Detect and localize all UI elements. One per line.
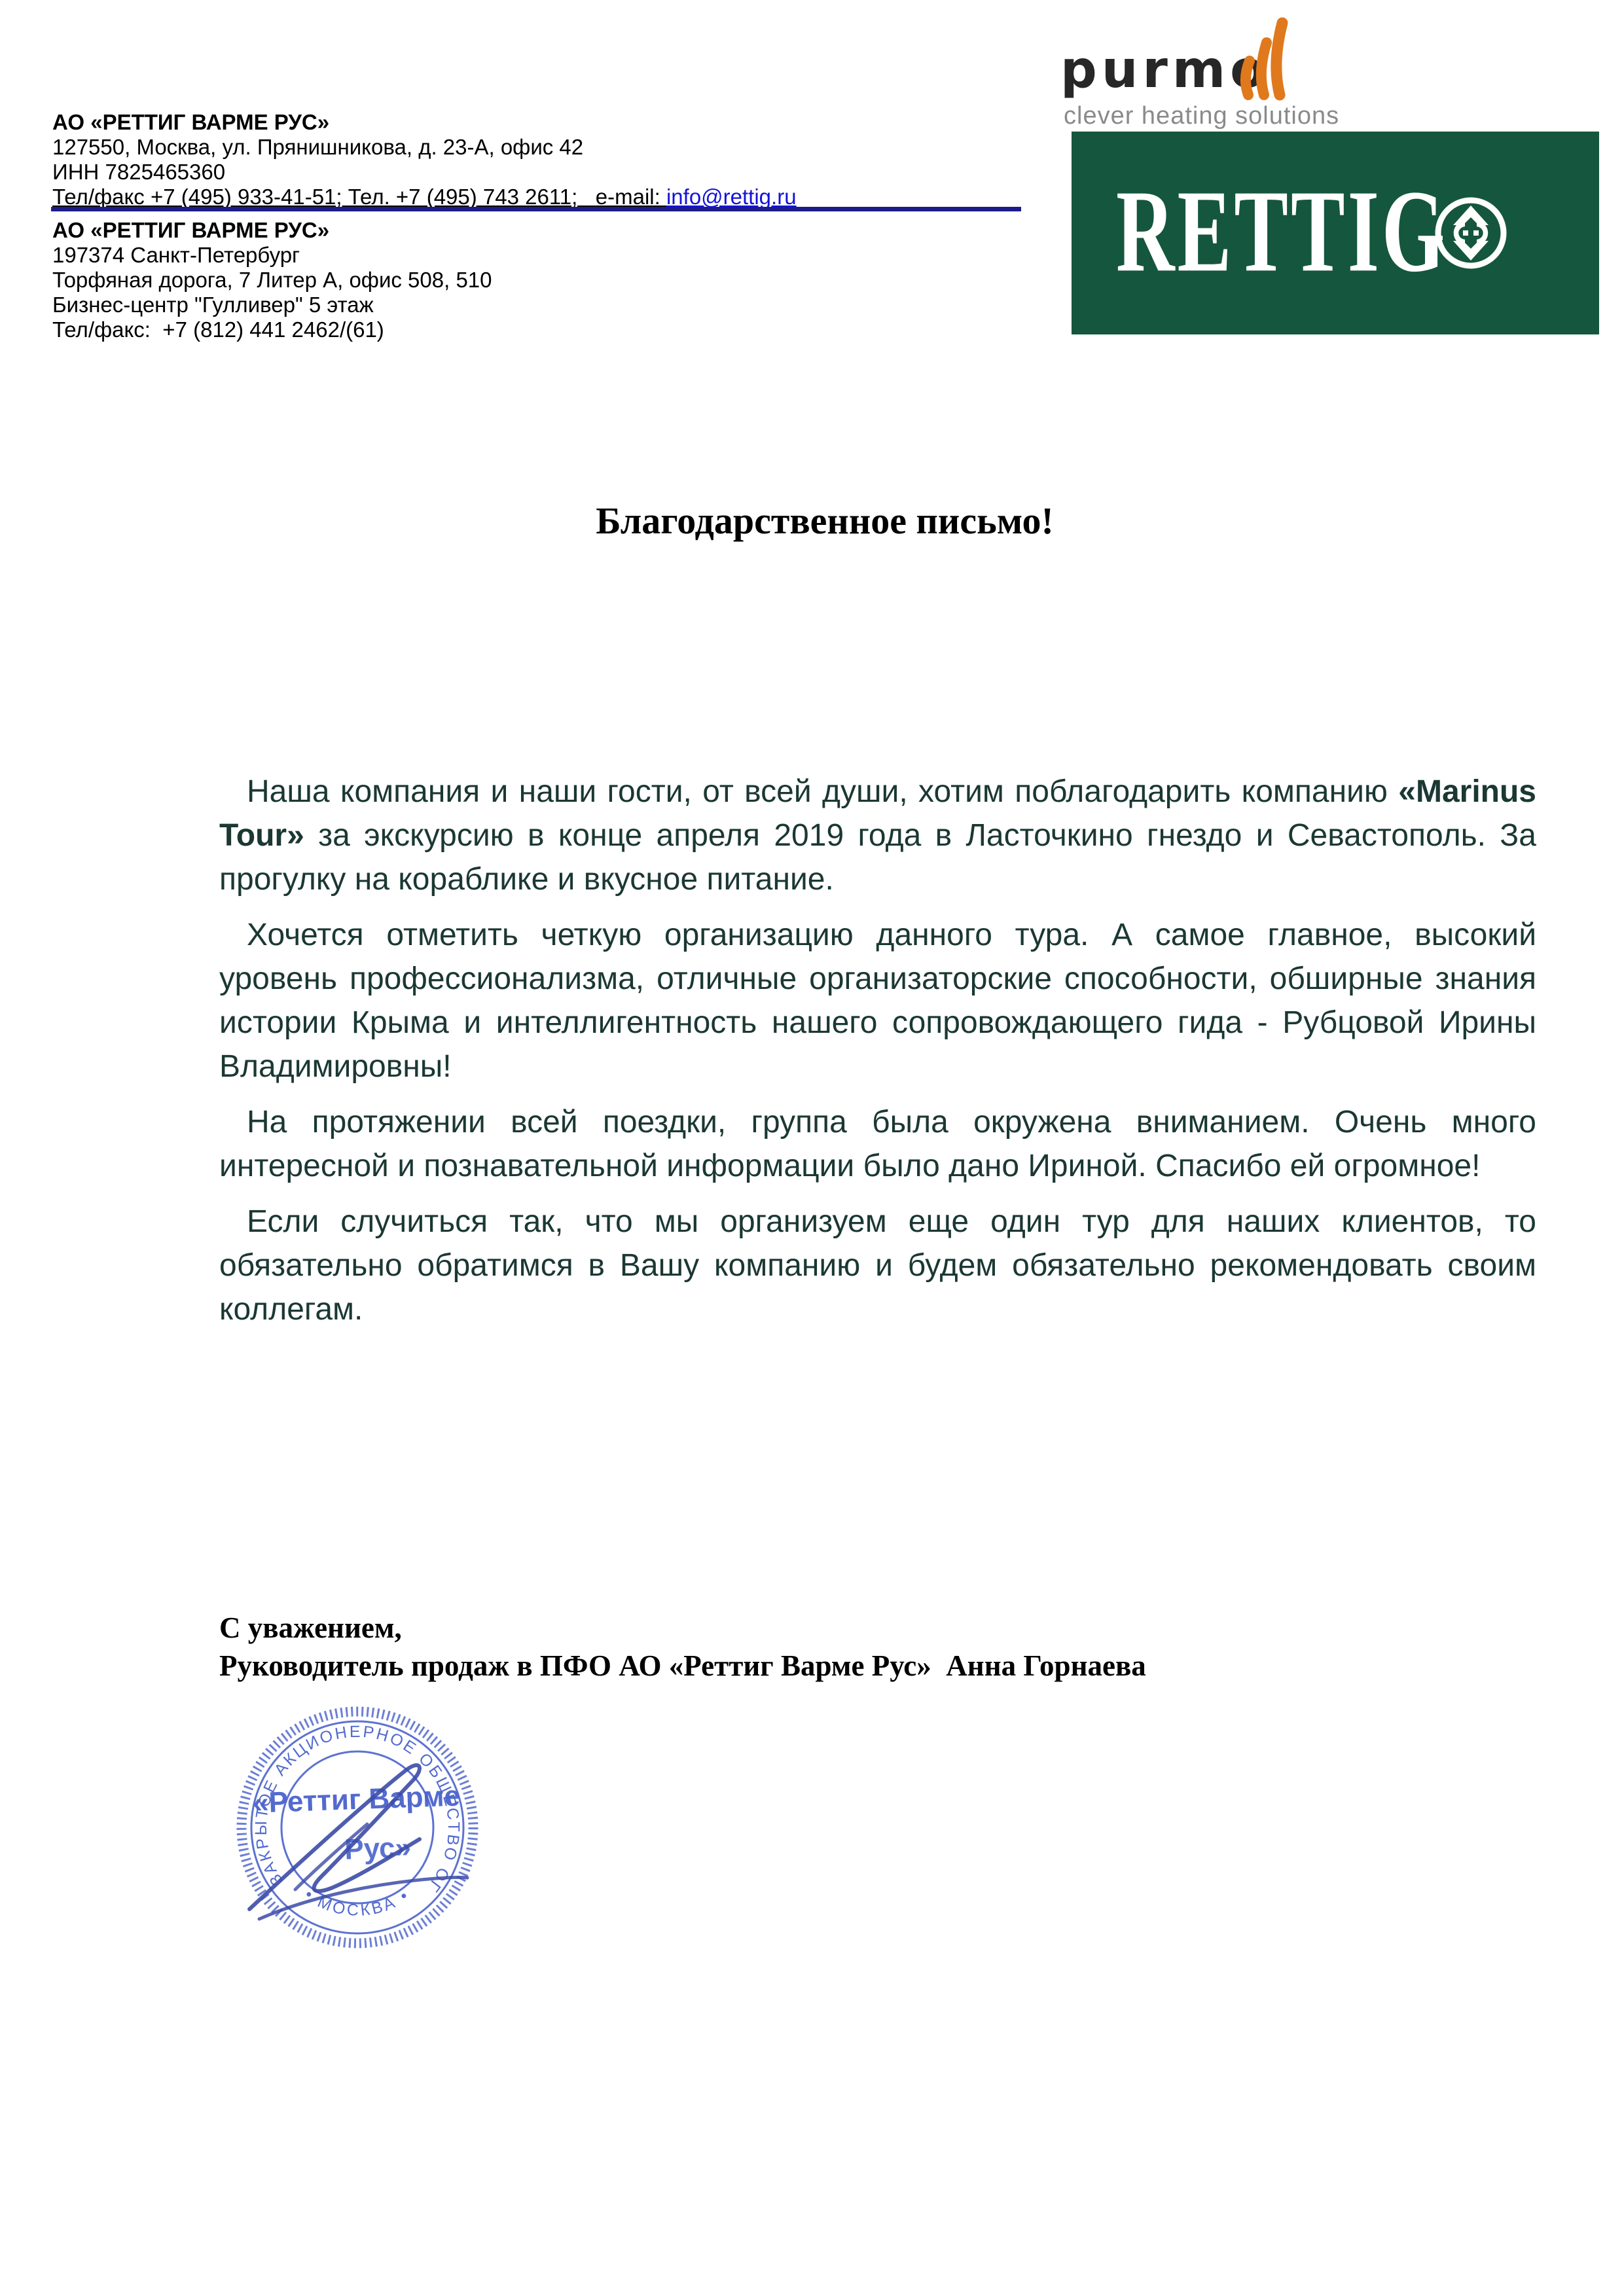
email-link[interactable]: info@rettig.ru [666, 185, 797, 209]
postal-city-spb: 197374 Санкт-Петербург [52, 243, 1034, 268]
header-moscow-block: АО «РЕТТИГ ВАРМЕ РУС» 127550, Москва, ул… [52, 110, 1034, 209]
rettig-emblem-icon [1432, 194, 1510, 272]
page-title: Благодарственное письмо! [0, 499, 1624, 543]
building-spb: Бизнес-центр "Гулливер" 5 этаж [52, 293, 1034, 317]
purmo-flames-icon [1239, 16, 1291, 101]
signature-name-title: Руководитель продаж в ПФО АО «Реттиг Вар… [219, 1647, 1463, 1685]
paragraph-3: На протяжении всей поездки, группа была … [219, 1100, 1536, 1188]
inn: ИНН 7825465360 [52, 160, 1034, 185]
purmo-tagline: clever heating solutions [1064, 102, 1339, 130]
signature-salutation: С уважением, [219, 1609, 1463, 1647]
stamp-center-text: «Реттиг Варме Рус» [252, 1780, 462, 1869]
letter-body: Наша компания и наши гости, от всей души… [219, 770, 1536, 1343]
address-spb: Торфяная дорога, 7 Литер А, офис 508, 51… [52, 268, 1034, 293]
email-label: e-mail: [596, 185, 666, 209]
paragraph-1-pre: Наша компания и наши гости, от всей души… [247, 774, 1398, 809]
company-name-spb: АО «РЕТТИГ ВАРМЕ РУС» [52, 218, 1034, 243]
company-name-moscow: АО «РЕТТИГ ВАРМЕ РУС» [52, 110, 1034, 135]
signature-block: С уважением, Руководитель продаж в ПФО А… [219, 1609, 1463, 1685]
paragraph-1: Наша компания и наши гости, от всей души… [219, 770, 1536, 901]
header-divider-rule [51, 207, 1021, 211]
phones-moscow-line: Тел/факс +7 (495) 933-41-51; Тел. +7 (49… [52, 185, 1034, 209]
paragraph-1-post: за экскурсию в конце апреля 2019 года в … [219, 818, 1536, 897]
purmo-logo-wordmark: purmo [1060, 41, 1270, 99]
rettig-logo-wordmark: RETTIG [1116, 164, 1447, 299]
phone-spb: Тел/факс: +7 (812) 441 2462/(61) [52, 317, 1034, 342]
header-spb-block: АО «РЕТТИГ ВАРМЕ РУС» 197374 Санкт-Петер… [52, 218, 1034, 342]
paragraph-2: Хочется отметить четкую организацию данн… [219, 913, 1536, 1088]
address-moscow: 127550, Москва, ул. Прянишникова, д. 23-… [52, 135, 1034, 160]
rettig-banner: RETTIG [1072, 132, 1599, 334]
letter-page: АО «РЕТТИГ ВАРМЕ РУС» 127550, Москва, ул… [0, 0, 1624, 2296]
phones-moscow: Тел/факс +7 (495) 933-41-51; Тел. +7 (49… [52, 185, 596, 209]
paragraph-4: Если случиться так, что мы организуем ещ… [219, 1200, 1536, 1331]
company-stamp: ЗАКРЫТОЕ АКЦИОНЕРНОЕ ОБЩЕСТВО ОГРН 10278… [230, 1700, 485, 1955]
